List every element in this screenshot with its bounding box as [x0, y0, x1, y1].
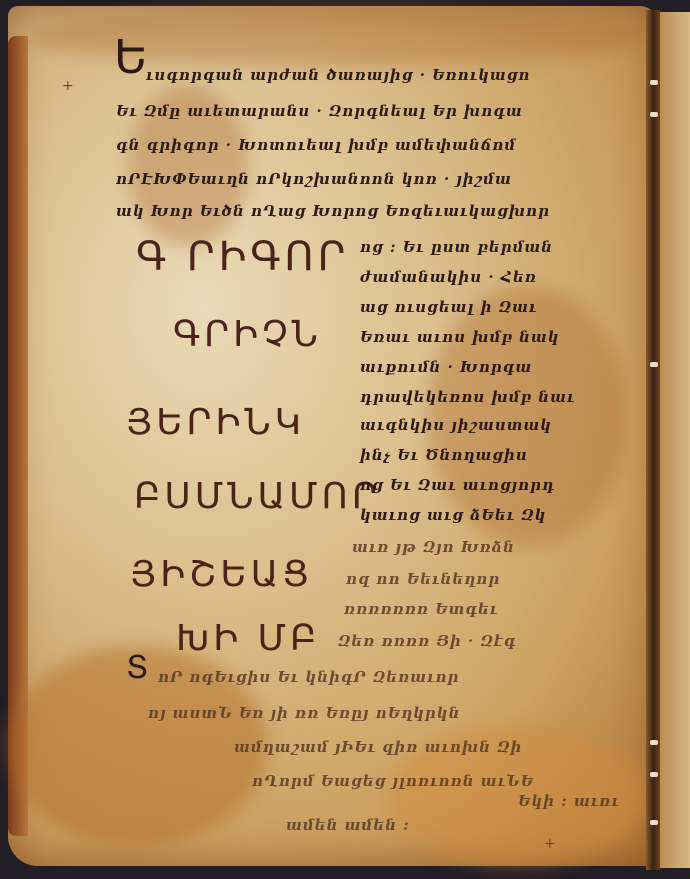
- binding-stitch: [650, 772, 658, 777]
- text-line: աւգնկիս յիշաստակ: [360, 416, 552, 434]
- title-line: ԲՍՄՆԱՄՈՐ: [134, 476, 381, 517]
- text-line: Եռաւ աւոս խմբ նակ: [360, 328, 560, 346]
- text-line: ոՂորմ Եացեց յլոռւոռն աւՆԵ: [252, 772, 534, 790]
- text-line: ոՐԷԽՓԵաւղն ոՐկոշխանոոն կոռ · յիշմա: [116, 170, 512, 188]
- text-line: ոզ ոո Եեւնեղոր: [346, 570, 500, 588]
- manuscript-page: Ե ւսգորգան արժան ծառայից · Եռուկացո Եւ Զ…: [8, 6, 658, 866]
- title-line: ԳՐԻՉՆ: [173, 314, 322, 355]
- text-line: Զեռ ռռռռ Յի · Զէգ: [338, 632, 516, 650]
- text-line: ոց Եւ Զաւ աւոցյորդ: [360, 476, 555, 494]
- binding-stitch: [650, 740, 658, 745]
- text-line: ոց : Եւ ըստ բերման: [360, 238, 553, 256]
- text-line: ռռռռռռռ Ետգեւ: [344, 600, 498, 618]
- binding-stitch: [650, 112, 658, 117]
- margin-mark: +: [62, 78, 74, 94]
- binding-stitch: [650, 820, 658, 825]
- title-line: Գ ՐԻԳՈՐ: [136, 234, 349, 280]
- text-line: ամղաշամ յԻԵւ զիռ աւոխն Զի: [234, 738, 522, 756]
- initial-letter-bottom: Տ: [126, 648, 149, 686]
- text-line: աւռ յթ Զյո Խռձն: [352, 538, 515, 556]
- initial-letter-top: Ե: [114, 30, 148, 84]
- text-line: ժամանակիս · Հեռ: [360, 268, 537, 286]
- text-line: կաւոց աւց ձԵեւ Զկ: [360, 506, 546, 524]
- text-line: դրավեկեռոս խմբ նաւ: [360, 388, 575, 406]
- margin-mark: +: [544, 836, 556, 852]
- text-line: Եկի : աւռւ: [518, 792, 620, 810]
- text-line: ոյ աստՆ Եռ յի ռռ Եռըյ ոԵղկրկն: [148, 704, 460, 722]
- facing-page-edge: [660, 12, 690, 868]
- binding-stitch: [650, 362, 658, 367]
- text-line: ինչ Եւ Ծնողացիս: [360, 446, 528, 464]
- binding-stitch: [650, 80, 658, 85]
- text-line: ոՐ ոգԵւցիս Եւ կնիգՐ Զեռաւոր: [158, 668, 459, 686]
- text-line: ւսգորգան արժան ծառայից · Եռուկացո: [146, 66, 530, 84]
- title-line: ԽԻ ՄԲ: [176, 618, 320, 659]
- text-line: աւքումն · Խորգա: [360, 358, 532, 376]
- title-line: ՅԻՇԵԱՑ: [130, 554, 313, 595]
- text-line: աց ուսցեալ ի Զաւ: [360, 298, 537, 316]
- text-line: Եւ Զմը աւետարանս · Զորգնեալ Եր խոգա: [116, 102, 523, 120]
- title-line: ՅԵՐԻՆԿ: [126, 402, 305, 443]
- text-line: գն գրիգոր · Խոտուեալ խմբ ամեփանճոմ: [116, 136, 516, 154]
- text-line: ակ Խոր Եւծն ոՂաց Խորոց Եռզեւաւկացխոր: [116, 202, 550, 220]
- text-line: ամեն ամեն :: [286, 816, 410, 834]
